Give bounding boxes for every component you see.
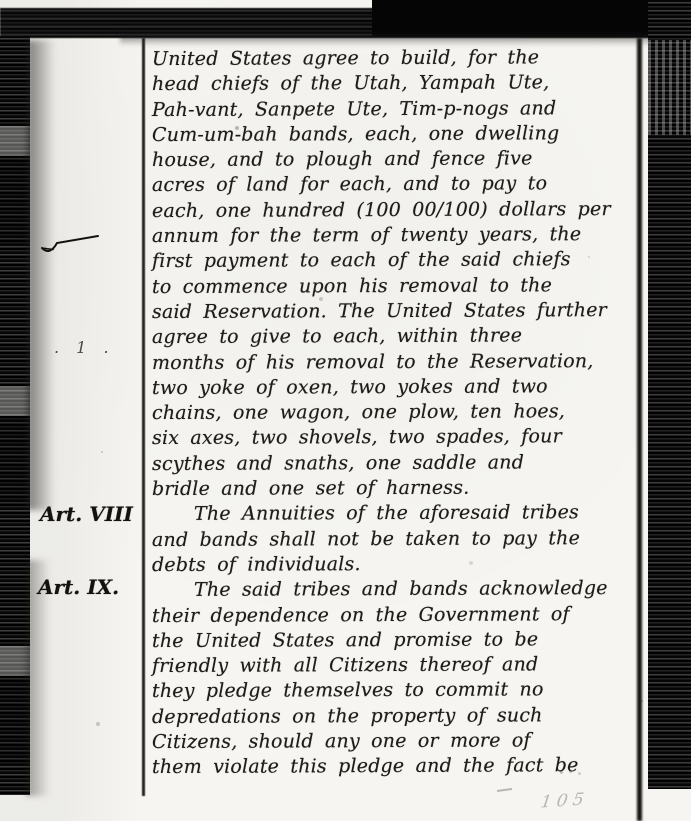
faint-pen-dash <box>497 788 512 792</box>
ledger-margin-rule-line <box>142 38 145 796</box>
manuscript-line: Pah-vant, Sanpete Ute, Tim-p-nogs and <box>152 96 634 123</box>
scan-binding-band-right <box>648 0 691 789</box>
manuscript-line: depredations on the property of such <box>152 703 634 730</box>
pen-flourish-mark <box>40 230 102 256</box>
manuscript-line: The said tribes and bands acknowledge <box>152 576 634 603</box>
manuscript-line: each, one hundred (100 00/100) dollars p… <box>152 197 634 224</box>
manuscript-line: chains, one wagon, one plow, ten hoes, <box>152 399 634 426</box>
manuscript-line: months of his removal to the Reservation… <box>152 349 634 376</box>
manuscript-line: head chiefs of the Utah, Yampah Ute, <box>152 70 634 97</box>
manuscript-line: Citizens, should any one or more of <box>152 728 634 755</box>
faint-ink-dots <box>560 771 563 774</box>
manuscript-line: them violate this pledge and the fact be <box>152 753 634 780</box>
paper-speckles <box>0 0 2 2</box>
manuscript-line: their dependence on the Government of <box>152 601 634 628</box>
manuscript-line: Cum-um-bah bands, each, one dwelling <box>152 121 634 148</box>
faint-page-number: 105 <box>539 789 590 812</box>
manuscript-line: the United States and promise to be <box>152 627 634 654</box>
scanned-document-page: United States agree to build, for thehea… <box>0 0 691 821</box>
page-right-edge-line <box>637 38 642 821</box>
manuscript-line: bridle and one set of harness. <box>152 475 634 502</box>
manuscript-line: two yoke of oxen, two yokes and two <box>152 374 634 401</box>
manuscript-line: to commence upon his removal to the <box>152 273 634 300</box>
manuscript-line: first payment to each of the said chiefs <box>152 247 634 274</box>
manuscript-line: house, and to plough and fence five <box>152 146 634 173</box>
manuscript-line: and bands shall not be taken to pay the <box>152 526 634 553</box>
manuscript-line: annum for the term of twenty years, the <box>152 222 634 249</box>
manuscript-line: said Reservation. The United States furt… <box>152 298 634 325</box>
manuscript-line: six axes, two shovels, two spades, four <box>152 424 634 451</box>
manuscript-line: The Annuities of the aforesaid tribes <box>152 500 634 527</box>
scan-fold-shadow-upper <box>27 40 55 510</box>
manuscript-line: scythes and snaths, one saddle and <box>152 450 634 477</box>
manuscript-line: acres of land for each, and to pay to <box>152 171 634 198</box>
manuscript-line: friendly with all Citizens thereof and <box>152 652 634 679</box>
manuscript-line: debts of individuals. <box>152 551 634 578</box>
scan-top-right-corner <box>372 0 691 36</box>
manuscript-line: agree to give to each, within three <box>152 323 634 350</box>
margin-note-article-viii: Art. VIII <box>40 502 133 526</box>
manuscript-line: United States agree to build, for the <box>152 45 634 72</box>
margin-page-mark: . 1 . <box>54 338 115 357</box>
margin-note-article-ix: Art. IX. <box>38 575 119 599</box>
manuscript-line: they pledge themselves to commit no <box>152 677 634 704</box>
manuscript-text-block: United States agree to build, for thehea… <box>152 46 634 780</box>
